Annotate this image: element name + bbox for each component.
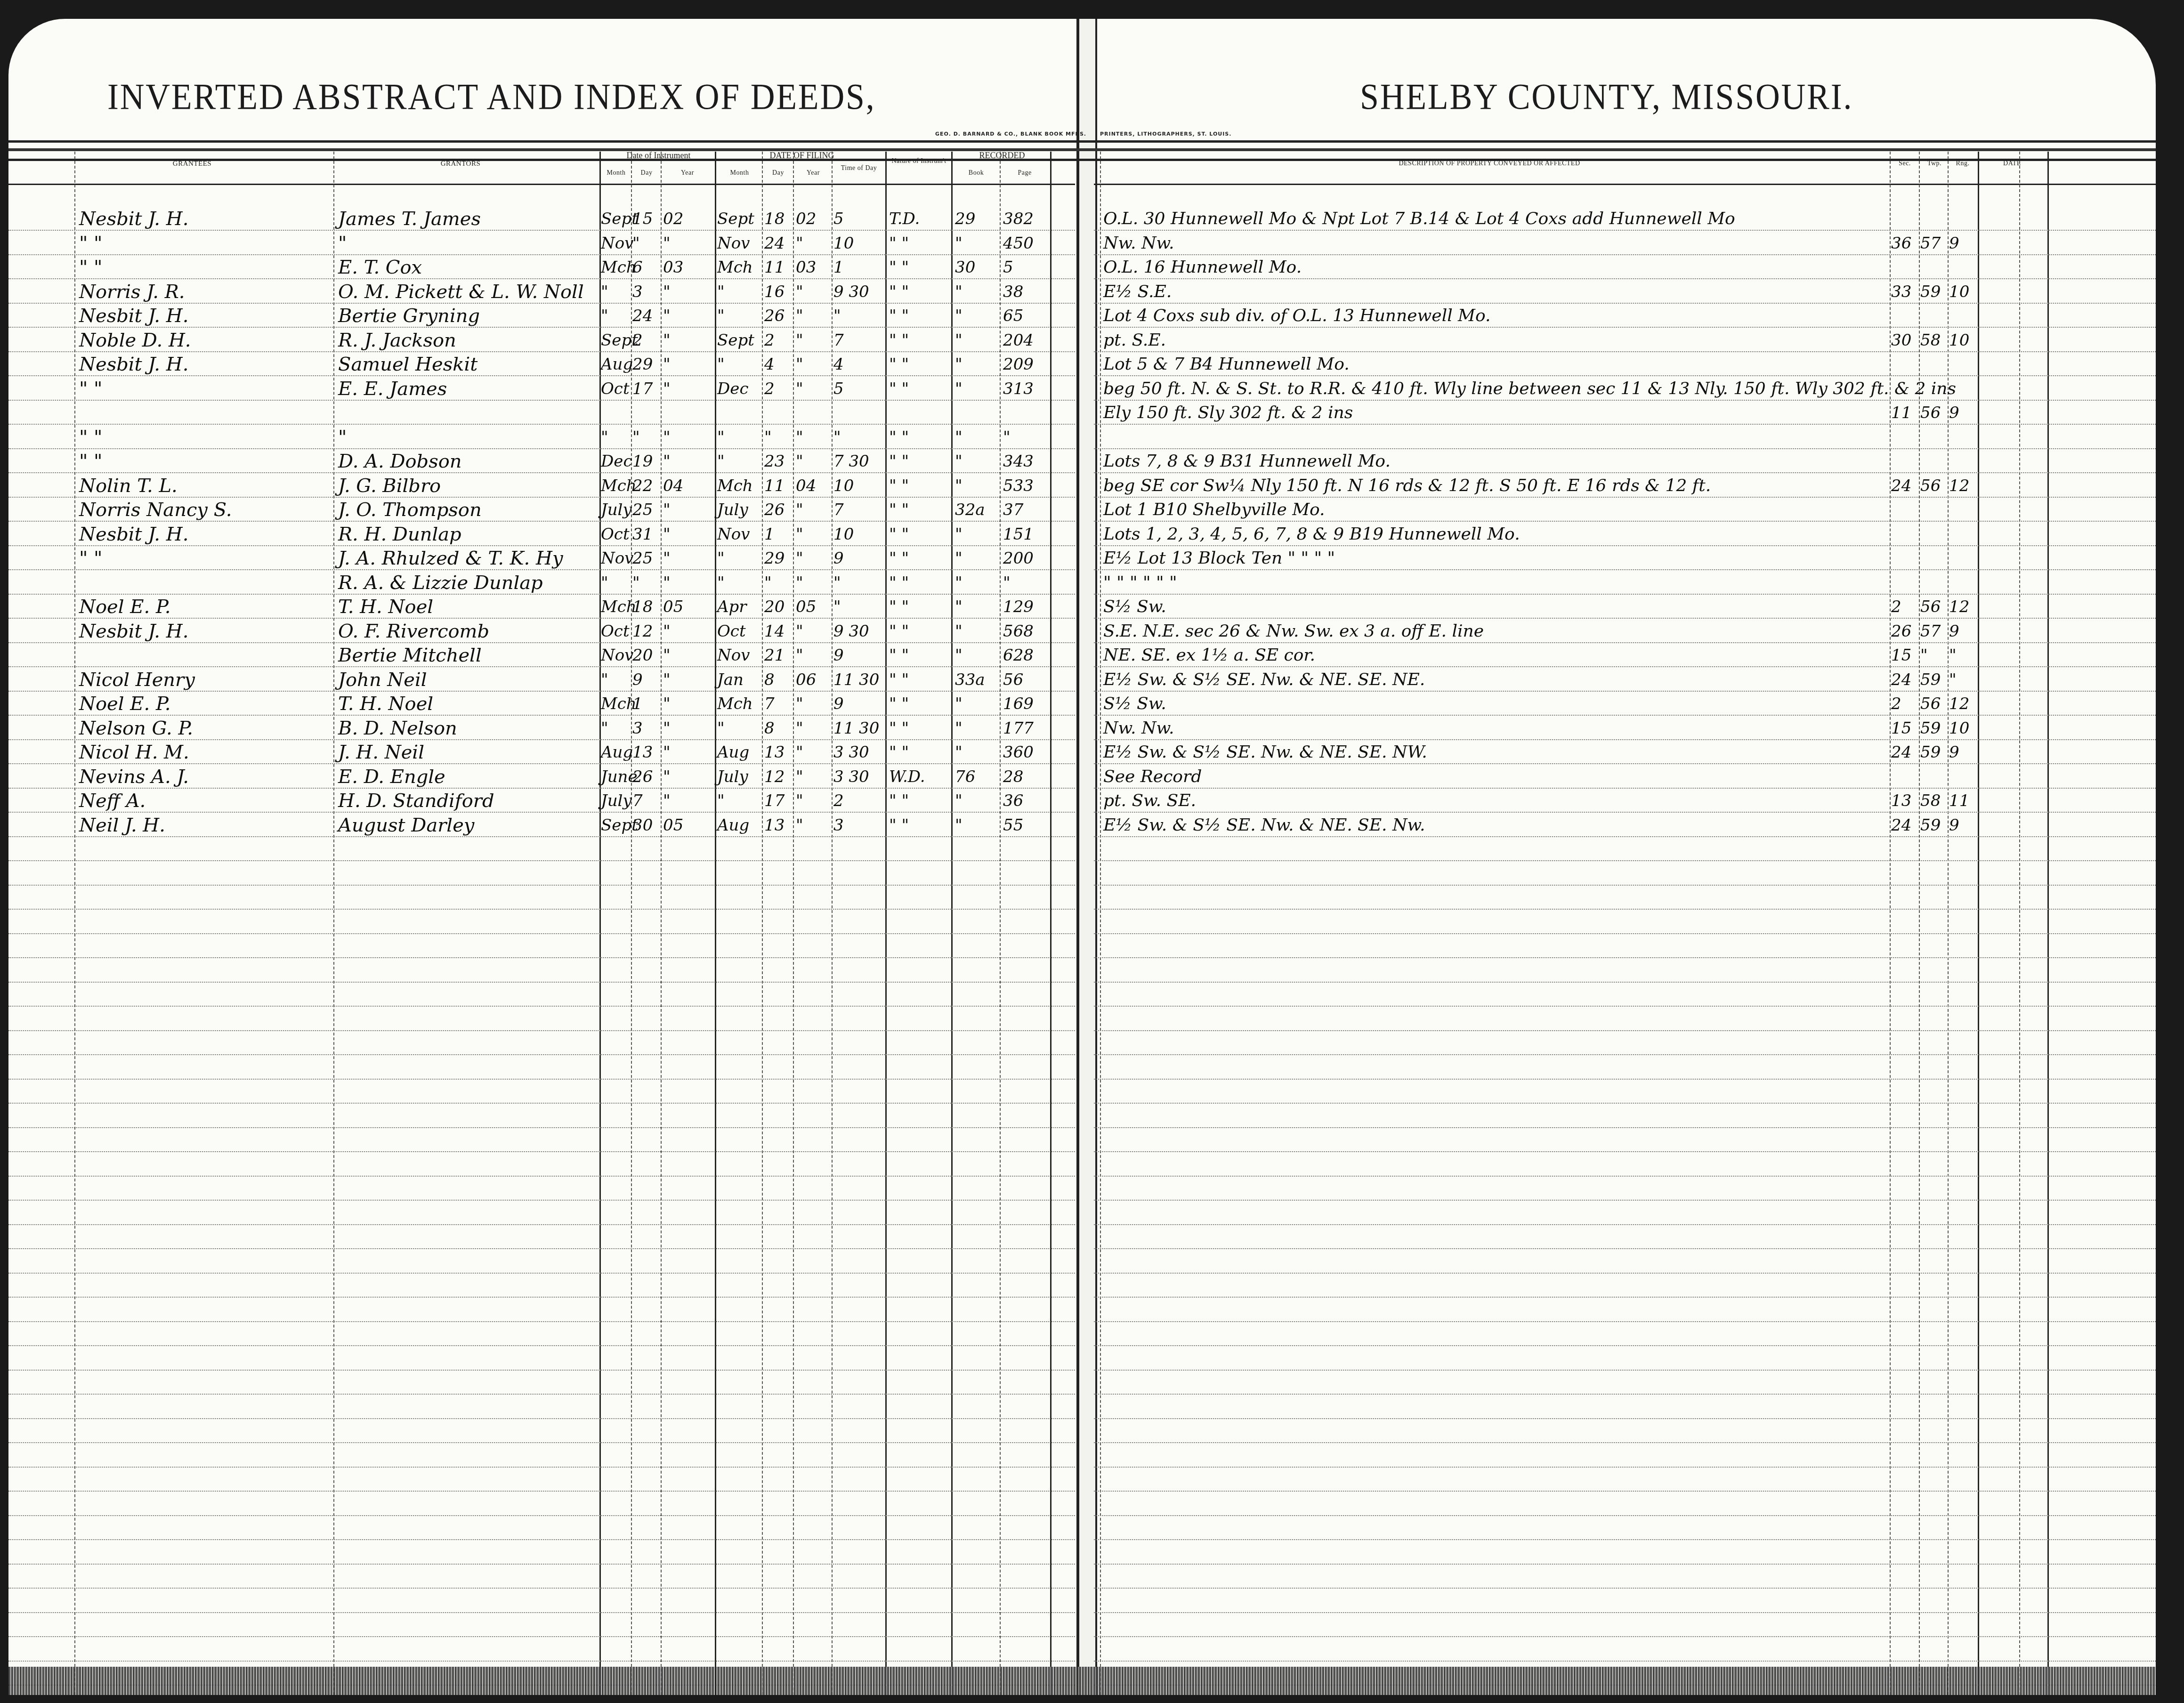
instrument-year: " bbox=[663, 280, 671, 304]
instrument-nature: " " bbox=[889, 595, 909, 619]
instrument-nature: " " bbox=[889, 814, 909, 837]
table-row: Norris Nancy S.J. O. ThompsonJuly25"July… bbox=[8, 498, 2156, 522]
filing-year: " bbox=[796, 765, 803, 789]
filing-day: 17 bbox=[764, 789, 785, 813]
township: 56 bbox=[1920, 692, 1941, 716]
filing-year: " bbox=[796, 523, 803, 546]
filing-day: 2 bbox=[764, 329, 775, 352]
filing-month: Sept bbox=[717, 207, 754, 231]
header-rules bbox=[8, 140, 2156, 161]
filing-day: 24 bbox=[764, 232, 785, 255]
instrument-nature: W.D. bbox=[889, 765, 925, 789]
record-page: 37 bbox=[1003, 498, 1023, 522]
ruled-line bbox=[1094, 1370, 2156, 1371]
grantor-name: " bbox=[338, 426, 347, 449]
grantor-name: R. H. Dunlap bbox=[338, 523, 461, 546]
table-row: Neil J. H.August DarleySept3005Aug13"3" … bbox=[8, 814, 2156, 837]
record-page: 382 bbox=[1003, 207, 1034, 231]
filing-year: " bbox=[796, 620, 803, 643]
instrument-day: 15 bbox=[632, 207, 653, 231]
instrument-month: July bbox=[601, 498, 632, 522]
record-page: 55 bbox=[1003, 814, 1023, 837]
record-page: 628 bbox=[1003, 644, 1034, 667]
instrument-nature: " " bbox=[889, 668, 909, 692]
record-page: 28 bbox=[1003, 765, 1023, 789]
group-date-of-instrument: Date of Instrument bbox=[601, 151, 716, 161]
grantee-name: Neff A. bbox=[79, 789, 146, 813]
instrument-nature: " " bbox=[889, 232, 909, 255]
filing-time: " bbox=[833, 304, 841, 328]
record-page: 5 bbox=[1003, 256, 1013, 279]
instrument-year: " bbox=[663, 765, 671, 789]
group-date-of-filing: DATE OF FILING bbox=[717, 151, 887, 161]
grantor-name: O. M. Pickett & L. W. Noll bbox=[338, 280, 584, 304]
ruled-line bbox=[8, 1564, 1075, 1565]
record-book: " bbox=[955, 353, 963, 376]
instrument-day: 26 bbox=[632, 765, 653, 789]
table-row: Nesbit J. H.O. F. RivercombOct12"Oct14"9… bbox=[8, 620, 2156, 643]
filing-day: 4 bbox=[764, 353, 775, 376]
table-row: " "E. T. CoxMch603Mch11031" "305O.L. 16 … bbox=[8, 256, 2156, 279]
record-page: 343 bbox=[1003, 450, 1034, 473]
instrument-nature: " " bbox=[889, 644, 909, 667]
instrument-year: " bbox=[663, 377, 671, 401]
property-description: pt. S.E. bbox=[1103, 329, 1166, 352]
ruled-line bbox=[8, 933, 1075, 934]
ruled-line bbox=[8, 1297, 1075, 1298]
record-book: " bbox=[955, 717, 963, 740]
ruled-line bbox=[1094, 933, 2156, 934]
filing-year: 05 bbox=[796, 595, 816, 619]
col-description: DESCRIPTION OF PROPERTY CONVEYED OR AFFE… bbox=[1101, 160, 1878, 168]
filing-month: Nov bbox=[717, 644, 750, 667]
instrument-month: Mch bbox=[601, 692, 637, 716]
record-book: 32a bbox=[955, 498, 985, 522]
instrument-year: " bbox=[663, 329, 671, 352]
grantor-name: T. H. Noel bbox=[338, 692, 433, 716]
instrument-nature: " " bbox=[889, 620, 909, 643]
record-page: 450 bbox=[1003, 232, 1034, 255]
section: 24 bbox=[1891, 668, 1911, 692]
record-book: 33a bbox=[955, 668, 985, 692]
grantor-name: J. G. Bilbro bbox=[338, 474, 441, 498]
ruled-line bbox=[1094, 1006, 2156, 1007]
instrument-nature: " " bbox=[889, 547, 909, 570]
property-description: Lot 1 B10 Shelbyville Mo. bbox=[1103, 498, 1325, 522]
ruled-line bbox=[8, 1176, 1075, 1177]
ruled-line bbox=[1094, 1467, 2156, 1468]
township: 57 bbox=[1920, 232, 1941, 255]
instrument-nature: " " bbox=[889, 329, 909, 352]
instrument-nature: T.D. bbox=[889, 207, 920, 231]
table-row: Ely 150 ft. Sly 302 ft. & 2 ins11569 bbox=[8, 401, 2156, 425]
filing-time: 7 bbox=[833, 329, 844, 352]
col-time-of-day: Time of Day bbox=[833, 165, 885, 172]
filing-day: 7 bbox=[764, 692, 775, 716]
instrument-year: 03 bbox=[663, 256, 683, 279]
instrument-month: Nov bbox=[601, 232, 633, 255]
instrument-year: " bbox=[663, 304, 671, 328]
grantee-name: Noel E. P. bbox=[79, 692, 170, 716]
filing-year: " bbox=[796, 547, 803, 570]
instrument-day: 12 bbox=[632, 620, 653, 643]
property-description: " " " " " " bbox=[1103, 571, 1177, 595]
instrument-year: " bbox=[663, 523, 671, 546]
ruled-line bbox=[8, 885, 1075, 886]
grantee-name: Neil J. H. bbox=[79, 814, 165, 837]
filing-time: 4 bbox=[833, 353, 844, 376]
record-book: " bbox=[955, 377, 963, 401]
instrument-month: Nov bbox=[601, 547, 633, 570]
instrument-month: Mch bbox=[601, 474, 637, 498]
property-description: Ely 150 ft. Sly 302 ft. & 2 ins bbox=[1103, 401, 1353, 425]
section: 24 bbox=[1891, 741, 1911, 764]
grantee-name: Nesbit J. H. bbox=[79, 304, 188, 328]
filing-month: " bbox=[717, 571, 725, 595]
filing-month: Mch bbox=[717, 692, 753, 716]
filing-month: July bbox=[717, 765, 748, 789]
filing-day: 23 bbox=[764, 450, 785, 473]
filing-month: Mch bbox=[717, 256, 753, 279]
col-sec: Sec. bbox=[1891, 160, 1919, 168]
instrument-year: " bbox=[663, 498, 671, 522]
table-row: Nesbit J. H.Bertie Gryning"24""26""" ""6… bbox=[8, 304, 2156, 328]
instrument-year: 02 bbox=[663, 207, 683, 231]
grantor-name: E. D. Engle bbox=[338, 765, 445, 789]
instrument-year: " bbox=[663, 620, 671, 643]
filing-year: " bbox=[796, 692, 803, 716]
ruled-line bbox=[1094, 1151, 2156, 1152]
ruled-line bbox=[1094, 957, 2156, 958]
record-book: " bbox=[955, 450, 963, 473]
instrument-month: Mch bbox=[601, 256, 637, 279]
filing-time: 10 bbox=[833, 523, 854, 546]
filing-year: " bbox=[796, 571, 803, 595]
instrument-day: 20 bbox=[632, 644, 653, 667]
ruled-line bbox=[1094, 1176, 2156, 1177]
ruled-line bbox=[1094, 1127, 2156, 1128]
filing-time: 11 30 bbox=[833, 668, 879, 692]
range: " bbox=[1949, 644, 1957, 667]
instrument-nature: " " bbox=[889, 692, 909, 716]
grantor-name: H. D. Standiford bbox=[338, 789, 494, 813]
instrument-month: Dec bbox=[601, 450, 632, 473]
table-row: Noel E. P.T. H. NoelMch1"Mch7"9" ""169S½… bbox=[8, 692, 2156, 716]
page-title-left: INVERTED ABSTRACT AND INDEX OF DEEDS, bbox=[107, 75, 875, 118]
col-nature-of-instrument: Nature of Instrum't bbox=[887, 158, 951, 165]
instrument-year: 05 bbox=[663, 814, 683, 837]
property-description: E½ Lot 13 Block Ten " " " " bbox=[1103, 547, 1335, 570]
instrument-day: 31 bbox=[632, 523, 653, 546]
instrument-day: 3 bbox=[632, 280, 643, 304]
record-book: 76 bbox=[955, 765, 975, 789]
property-description: O.L. 16 Hunnewell Mo. bbox=[1103, 256, 1302, 279]
filing-time: 3 bbox=[833, 814, 844, 837]
grantee-name: " " bbox=[79, 377, 103, 401]
township: 59 bbox=[1920, 668, 1941, 692]
filing-time: 1 bbox=[833, 256, 844, 279]
ruled-line bbox=[8, 1054, 1075, 1055]
ruled-line bbox=[1094, 1200, 2156, 1201]
instrument-month: " bbox=[601, 304, 608, 328]
header-bottom-rule bbox=[1094, 184, 2156, 185]
township: " bbox=[1920, 644, 1928, 667]
instrument-nature: " " bbox=[889, 304, 909, 328]
instrument-nature: " " bbox=[889, 741, 909, 764]
ruled-line bbox=[8, 1394, 1075, 1395]
filing-year: " bbox=[796, 450, 803, 473]
record-book: " bbox=[955, 571, 963, 595]
instrument-month: Oct bbox=[601, 620, 630, 643]
instrument-nature: " " bbox=[889, 426, 909, 449]
instrument-nature: " " bbox=[889, 498, 909, 522]
filing-day: 8 bbox=[764, 668, 775, 692]
township: 56 bbox=[1920, 474, 1941, 498]
record-page: 568 bbox=[1003, 620, 1034, 643]
col-file-year: Year bbox=[794, 169, 832, 177]
filing-year: " bbox=[796, 426, 803, 449]
section: 11 bbox=[1891, 401, 1911, 425]
section: 13 bbox=[1891, 789, 1911, 813]
ruled-line bbox=[8, 1127, 1075, 1128]
property-description: E½ Sw. & S½ SE. Nw. & NE. SE. Nw. bbox=[1103, 814, 1425, 837]
grantor-name: D. A. Dobson bbox=[338, 450, 462, 473]
filing-time: 9 bbox=[833, 547, 844, 570]
property-description: E½ Sw. & S½ SE. Nw. & NE. SE. NE. bbox=[1103, 668, 1425, 692]
record-page: 56 bbox=[1003, 668, 1023, 692]
filing-month: Aug bbox=[717, 814, 749, 837]
range: 9 bbox=[1949, 401, 1959, 425]
filing-time: 11 30 bbox=[833, 717, 879, 740]
instrument-day: 19 bbox=[632, 450, 653, 473]
table-row: " "D. A. DobsonDec19""23"7 30" ""343Lots… bbox=[8, 450, 2156, 473]
filing-day: 29 bbox=[764, 547, 785, 570]
township: 59 bbox=[1920, 741, 1941, 764]
instrument-nature: " " bbox=[889, 571, 909, 595]
grantee-name: Nevins A. J. bbox=[79, 765, 189, 789]
grantee-name: Nicol H. M. bbox=[79, 741, 189, 764]
instrument-month: Oct bbox=[601, 523, 630, 546]
ruled-line bbox=[8, 1661, 1075, 1662]
header-bottom-rule bbox=[8, 184, 1075, 185]
instrument-year: " bbox=[663, 717, 671, 740]
range: 11 bbox=[1949, 789, 1969, 813]
grantor-name: August Darley bbox=[338, 814, 474, 837]
grantee-name: Nolin T. L. bbox=[79, 474, 178, 498]
record-book: " bbox=[955, 232, 963, 255]
filing-time: 7 30 bbox=[833, 450, 869, 473]
ruled-line bbox=[8, 1612, 1075, 1613]
page-title-right: SHELBY COUNTY, MISSOURI. bbox=[1360, 75, 1853, 118]
ruled-line bbox=[1094, 860, 2156, 861]
filing-day: 14 bbox=[764, 620, 785, 643]
col-grantors: GRANTORS bbox=[338, 160, 583, 168]
property-description: See Record bbox=[1103, 765, 1202, 789]
ruled-line bbox=[8, 860, 1075, 861]
section: 15 bbox=[1891, 644, 1911, 667]
col-rng: Rng. bbox=[1949, 160, 1977, 168]
township: 59 bbox=[1920, 717, 1941, 740]
record-page: 177 bbox=[1003, 717, 1034, 740]
section: 30 bbox=[1891, 329, 1911, 352]
instrument-nature: " " bbox=[889, 256, 909, 279]
col-twp: Twp. bbox=[1920, 160, 1949, 168]
filing-month: Sept bbox=[717, 329, 754, 352]
table-row: Nesbit J. H.R. H. DunlapOct31"Nov1"10" "… bbox=[8, 523, 2156, 546]
instrument-year: " bbox=[663, 668, 671, 692]
ruled-line bbox=[1094, 1661, 2156, 1662]
table-row: Nelson G. P.B. D. Nelson"3""8"11 30" ""1… bbox=[8, 717, 2156, 740]
grantee-name: " " bbox=[79, 232, 103, 255]
instrument-day: 18 bbox=[632, 595, 653, 619]
ruled-line bbox=[8, 1345, 1075, 1346]
filing-time: 9 30 bbox=[833, 620, 869, 643]
section: 36 bbox=[1891, 232, 1911, 255]
property-description: Lots 1, 2, 3, 4, 5, 6, 7, 8 & 9 B19 Hunn… bbox=[1103, 523, 1520, 546]
ruled-line bbox=[8, 1467, 1075, 1468]
ruled-line bbox=[1094, 1345, 2156, 1346]
ruled-line bbox=[1094, 1491, 2156, 1492]
section: 24 bbox=[1891, 474, 1911, 498]
ruled-line bbox=[1094, 1539, 2156, 1540]
instrument-month: " bbox=[601, 571, 608, 595]
filing-day: 26 bbox=[764, 304, 785, 328]
filing-month: " bbox=[717, 280, 725, 304]
township: 56 bbox=[1920, 401, 1941, 425]
filing-day: " bbox=[764, 426, 772, 449]
filing-year: 06 bbox=[796, 668, 816, 692]
instrument-month: June bbox=[601, 765, 638, 789]
filing-month: Jan bbox=[717, 668, 744, 692]
filing-day: 21 bbox=[764, 644, 785, 667]
ruled-line bbox=[8, 1079, 1075, 1080]
col-grantees: GRANTEES bbox=[74, 160, 310, 168]
record-book: 30 bbox=[955, 256, 975, 279]
range: 10 bbox=[1949, 717, 1969, 740]
record-page: 169 bbox=[1003, 692, 1034, 716]
record-book: " bbox=[955, 595, 963, 619]
filing-year: " bbox=[796, 717, 803, 740]
ruled-line bbox=[1094, 1636, 2156, 1637]
grantee-name: " " bbox=[79, 547, 103, 570]
grantee-name: Nelson G. P. bbox=[79, 717, 193, 740]
filing-year: " bbox=[796, 280, 803, 304]
ruled-line bbox=[8, 1539, 1075, 1540]
ruled-line bbox=[8, 1200, 1075, 1201]
filing-time: 3 30 bbox=[833, 765, 869, 789]
ruled-line bbox=[1094, 1588, 2156, 1589]
property-description: E½ S.E. bbox=[1103, 280, 1172, 304]
col-file-month: Month bbox=[717, 169, 762, 177]
filing-month: Dec bbox=[717, 377, 748, 401]
instrument-nature: " " bbox=[889, 474, 909, 498]
filing-year: " bbox=[796, 498, 803, 522]
instrument-day: " bbox=[632, 426, 640, 449]
record-book: " bbox=[955, 280, 963, 304]
record-book: " bbox=[955, 814, 963, 837]
instrument-year: " bbox=[663, 232, 671, 255]
table-row: Nesbit J. H.Samuel HeskitAug29""4"4" ""2… bbox=[8, 353, 2156, 376]
filing-month: " bbox=[717, 717, 725, 740]
instrument-year: " bbox=[663, 571, 671, 595]
filing-month: " bbox=[717, 547, 725, 570]
section: 26 bbox=[1891, 620, 1911, 643]
filing-year: 03 bbox=[796, 256, 816, 279]
grantee-name: Noel E. P. bbox=[79, 595, 170, 619]
property-description: Lots 7, 8 & 9 B31 Hunnewell Mo. bbox=[1103, 450, 1391, 473]
grantor-name: T. H. Noel bbox=[338, 595, 433, 619]
filing-day: 26 bbox=[764, 498, 785, 522]
filing-month: July bbox=[717, 498, 748, 522]
record-page: 209 bbox=[1003, 353, 1034, 376]
table-row: Norris J. R.O. M. Pickett & L. W. Noll"3… bbox=[8, 280, 2156, 304]
township: 59 bbox=[1920, 814, 1941, 837]
filing-time: 9 30 bbox=[833, 280, 869, 304]
grantee-name: " " bbox=[79, 256, 103, 279]
ruled-line bbox=[8, 1418, 1075, 1419]
instrument-year: " bbox=[663, 450, 671, 473]
township: 58 bbox=[1920, 329, 1941, 352]
instrument-day: 24 bbox=[632, 304, 653, 328]
filing-month: " bbox=[717, 353, 725, 376]
ruled-line bbox=[1094, 1297, 2156, 1298]
instrument-day: 2 bbox=[632, 329, 643, 352]
instrument-year: " bbox=[663, 789, 671, 813]
record-book: " bbox=[955, 426, 963, 449]
property-description: beg SE cor Sw¼ Nly 150 ft. N 16 rds & 12… bbox=[1103, 474, 1711, 498]
ruled-line bbox=[8, 1224, 1075, 1225]
property-description: pt. Sw. SE. bbox=[1103, 789, 1196, 813]
filing-day: 1 bbox=[764, 523, 775, 546]
property-description: E½ Sw. & S½ SE. Nw. & NE. SE. NW. bbox=[1103, 741, 1427, 764]
filing-year: " bbox=[796, 329, 803, 352]
range: 10 bbox=[1949, 280, 1969, 304]
grantor-name: E. E. James bbox=[338, 377, 447, 401]
ledger-page: INVERTED ABSTRACT AND INDEX OF DEEDS, SH… bbox=[8, 19, 2156, 1695]
filing-time: 7 bbox=[833, 498, 844, 522]
record-page: 204 bbox=[1003, 329, 1034, 352]
ruled-line bbox=[8, 1103, 1075, 1104]
table-row: " """""""""" """ bbox=[8, 426, 2156, 449]
ruled-line bbox=[1094, 1224, 2156, 1225]
ruled-line bbox=[8, 1030, 1075, 1031]
property-description: NE. SE. ex 1½ a. SE cor. bbox=[1103, 644, 1315, 667]
grantor-name: J. O. Thompson bbox=[338, 498, 482, 522]
instrument-day: 1 bbox=[632, 692, 643, 716]
instrument-month: " bbox=[601, 426, 608, 449]
filing-year: " bbox=[796, 741, 803, 764]
section: 2 bbox=[1891, 595, 1901, 619]
filing-month: Nov bbox=[717, 523, 750, 546]
instrument-year: " bbox=[663, 426, 671, 449]
record-page: 129 bbox=[1003, 595, 1034, 619]
filing-day: 13 bbox=[764, 741, 785, 764]
instrument-month: Oct bbox=[601, 377, 630, 401]
property-description: S.E. N.E. sec 26 & Nw. Sw. ex 3 a. off E… bbox=[1103, 620, 1484, 643]
instrument-nature: " " bbox=[889, 789, 909, 813]
ruled-line bbox=[1094, 1103, 2156, 1104]
ruled-line bbox=[8, 1442, 1075, 1443]
table-row: " "E. E. JamesOct17"Dec2"5" ""313beg 50 … bbox=[8, 377, 2156, 401]
range: 12 bbox=[1949, 595, 1969, 619]
property-description: S½ Sw. bbox=[1103, 692, 1166, 716]
filing-month: " bbox=[717, 789, 725, 813]
range: " bbox=[1949, 668, 1957, 692]
instrument-nature: " " bbox=[889, 523, 909, 546]
instrument-year: " bbox=[663, 644, 671, 667]
filing-month: Mch bbox=[717, 474, 753, 498]
ruled-line bbox=[8, 1370, 1075, 1371]
